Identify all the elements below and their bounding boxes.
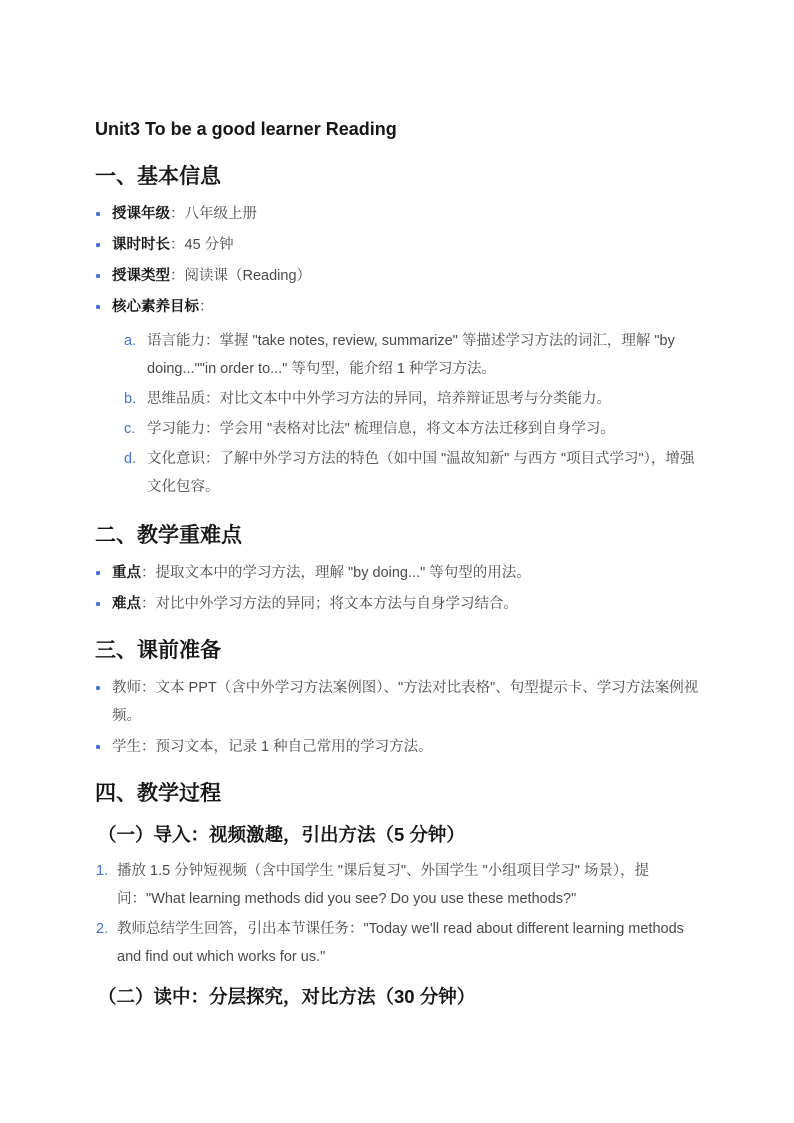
goal-marker: b. <box>124 385 147 413</box>
point-colon: ： <box>141 565 156 581</box>
info-label: 核心素养目标 <box>112 299 199 315</box>
goal-text: 学习能力：学会用 "表格对比法" 梳理信息，将文本方法迁移到自身学习。 <box>147 415 700 443</box>
goal-marker: d. <box>124 445 147 501</box>
step-marker: 2. <box>96 915 117 971</box>
goal-item-language: a.语言能力：掌握 "take notes, review, summarize… <box>124 327 700 383</box>
step-item-task: 2.教师总结学生回答，引出本节课任务："Today we'll read abo… <box>95 915 700 971</box>
prep-text: 学生：预习文本，记录 1 种自己常用的学习方法。 <box>112 733 700 761</box>
list-item-core-goals: 核心素养目标： a.语言能力：掌握 "take notes, review, s… <box>95 293 700 503</box>
info-colon: ： <box>170 206 185 222</box>
goal-item-learning: c.学习能力：学会用 "表格对比法" 梳理信息，将文本方法迁移到自身学习。 <box>124 415 700 443</box>
list-item-grade: 授课年级：八年级上册 <box>95 200 700 228</box>
subsection-heading-lead-in: （一）导入：视频激趣，引出方法（5 分钟） <box>95 821 700 849</box>
list-item-student-prep: 学生：预习文本，记录 1 种自己常用的学习方法。 <box>95 733 700 761</box>
prep-text: 教师：文本 PPT（含中外学习方法案例图）、"方法对比表格"、句型提示卡、学习方… <box>112 674 700 730</box>
point-text: 对比中外学习方法的异同；将文本方法与自身学习结合。 <box>156 596 519 612</box>
list-item-body: 授课类型：阅读课（Reading） <box>112 262 700 290</box>
goal-marker: a. <box>124 327 147 383</box>
goal-marker: c. <box>124 415 147 443</box>
key-points-list: 重点：提取文本中的学习方法，理解 "by doing..." 等句型的用法。 难… <box>95 559 700 618</box>
bullet-icon <box>96 212 100 216</box>
bullet-icon <box>96 686 100 690</box>
info-value: 阅读课（Reading） <box>185 268 312 284</box>
bullet-icon <box>96 274 100 278</box>
point-label: 重点 <box>112 565 141 581</box>
list-item-body: 重点：提取文本中的学习方法，理解 "by doing..." 等句型的用法。 <box>112 559 700 587</box>
list-item-body: 课时时长：45 分钟 <box>112 231 700 259</box>
core-goals-list: a.语言能力：掌握 "take notes, review, summarize… <box>124 327 700 501</box>
list-item-teacher-prep: 教师：文本 PPT（含中外学习方法案例图）、"方法对比表格"、句型提示卡、学习方… <box>95 674 700 730</box>
list-item-duration: 课时时长：45 分钟 <box>95 231 700 259</box>
step-text: 播放 1.5 分钟短视频（含中国学生 "课后复习"、外国学生 "小组项目学习" … <box>117 857 700 913</box>
goal-item-culture: d.文化意识：了解中外学习方法的特色（如中国 "温故知新" 与西方 "项目式学习… <box>124 445 700 501</box>
list-item-body: 难点：对比中外学习方法的异同；将文本方法与自身学习结合。 <box>112 590 700 618</box>
goal-text: 语言能力：掌握 "take notes, review, summarize" … <box>147 327 700 383</box>
bullet-icon <box>96 602 100 606</box>
point-colon: ： <box>141 596 156 612</box>
basic-info-list: 授课年级：八年级上册 课时时长：45 分钟 授课类型：阅读课（Reading） … <box>95 200 700 503</box>
bullet-icon <box>96 305 100 309</box>
goal-item-thinking: b.思维品质：对比文本中中外学习方法的异同，培养辩证思考与分类能力。 <box>124 385 700 413</box>
bullet-icon <box>96 243 100 247</box>
list-item-lesson-type: 授课类型：阅读课（Reading） <box>95 262 700 290</box>
doc-title: Unit3 To be a good learner Reading <box>95 116 700 142</box>
info-label: 课时时长 <box>112 237 170 253</box>
info-colon: ： <box>170 237 185 253</box>
step-text: 教师总结学生回答，引出本节课任务："Today we'll read about… <box>117 915 700 971</box>
list-item-focus: 重点：提取文本中的学习方法，理解 "by doing..." 等句型的用法。 <box>95 559 700 587</box>
info-colon: ： <box>170 268 185 284</box>
bullet-icon <box>96 571 100 575</box>
section-heading-basic-info: 一、基本信息 <box>95 162 700 192</box>
preparation-list: 教师：文本 PPT（含中外学习方法案例图）、"方法对比表格"、句型提示卡、学习方… <box>95 674 700 761</box>
point-text: 提取文本中的学习方法，理解 "by doing..." 等句型的用法。 <box>156 565 531 581</box>
list-item-body: 核心素养目标： a.语言能力：掌握 "take notes, review, s… <box>112 293 700 503</box>
section-heading-preparation: 三、课前准备 <box>95 636 700 666</box>
lesson-plan-document: Unit3 To be a good learner Reading 一、基本信… <box>0 0 794 1123</box>
info-value: 45 分钟 <box>185 237 234 253</box>
info-label: 授课类型 <box>112 268 170 284</box>
section-heading-key-points: 二、教学重难点 <box>95 521 700 551</box>
section-heading-teaching-process: 四、教学过程 <box>95 779 700 809</box>
point-label: 难点 <box>112 596 141 612</box>
goal-text: 思维品质：对比文本中中外学习方法的异同，培养辩证思考与分类能力。 <box>147 385 700 413</box>
step-item-video: 1.播放 1.5 分钟短视频（含中国学生 "课后复习"、外国学生 "小组项目学习… <box>95 857 700 913</box>
lead-in-steps-list: 1.播放 1.5 分钟短视频（含中国学生 "课后复习"、外国学生 "小组项目学习… <box>95 857 700 971</box>
info-label: 授课年级 <box>112 206 170 222</box>
info-colon: ： <box>199 299 214 315</box>
list-item-body: 授课年级：八年级上册 <box>112 200 700 228</box>
bullet-icon <box>96 745 100 749</box>
subsection-heading-while-reading: （二）读中：分层探究，对比方法（30 分钟） <box>95 983 700 1011</box>
goal-text: 文化意识：了解中外学习方法的特色（如中国 "温故知新" 与西方 "项目式学习"）… <box>147 445 700 501</box>
list-item-difficulty: 难点：对比中外学习方法的异同；将文本方法与自身学习结合。 <box>95 590 700 618</box>
info-value: 八年级上册 <box>185 206 258 222</box>
step-marker: 1. <box>96 857 117 913</box>
